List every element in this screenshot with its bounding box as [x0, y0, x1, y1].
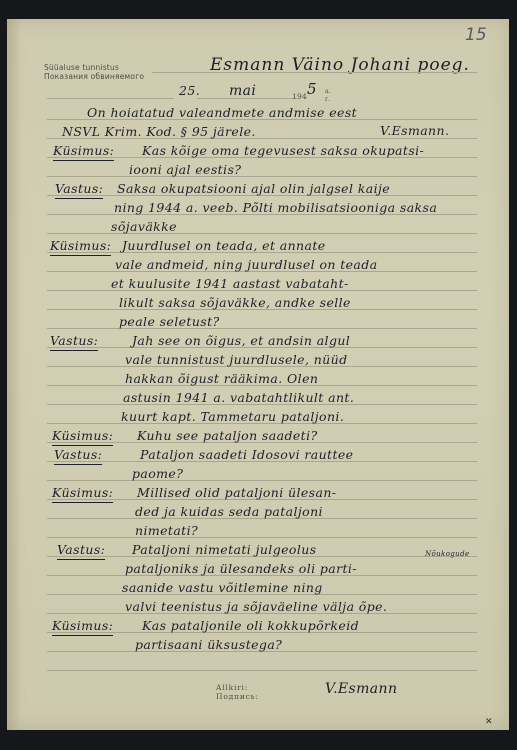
entry-line: vale tunnistust juurdlusele, nüüd [125, 352, 347, 367]
ink-mark: ✕ [485, 717, 493, 727]
question-label: Küsimus: [50, 238, 111, 253]
form-title-estonian: Süüaluse tunnistus [44, 63, 119, 72]
answer-label: Vastus: [54, 447, 102, 462]
signature: V.Esmann [325, 681, 397, 697]
entry-line: Pataljoni nimetati julgeolus [132, 542, 316, 557]
name-rule [152, 72, 477, 73]
entry-line: sõjaväkke [111, 219, 177, 234]
entry-line: kuurt kapt. Tammetaru pataljoni. [121, 409, 344, 424]
entry-line: et kuulusite 1941 aastast vabataht- [111, 276, 349, 291]
question-label: Küsimus: [52, 428, 113, 443]
entry-line: Millised olid pataljoni ülesan- [137, 485, 336, 500]
answer-label: Vastus: [57, 542, 105, 557]
entry-line: Jah see on õigus, et andsin algul [132, 333, 350, 348]
rule [47, 176, 477, 177]
entry-line: pataljoniks ja ülesandeks oli parti- [125, 561, 357, 576]
entry-line: peale seletust? [119, 314, 220, 329]
entry-line: ded ja kuidas seda pataljoni [135, 504, 323, 519]
page-number: 15 [465, 25, 487, 45]
date-month: mai [229, 83, 256, 99]
date-year-prefix: 194 [292, 92, 307, 101]
question-label: Küsimus: [52, 618, 113, 633]
entry-line: Pataljon saadeti Idosovi rauttee [140, 447, 353, 462]
date-day: 25. [179, 83, 200, 98]
warning-line-1: On hoiatatud valeandmete andmise eest [87, 105, 357, 120]
entry-line: astusin 1941 a. vabatahtlikult ant. [123, 390, 354, 405]
answer-label: Vastus: [55, 181, 103, 196]
entry-line: likult saksa sõjaväkke, andke selle [119, 295, 351, 310]
question-label: Küsimus: [53, 143, 114, 158]
entry-line: Juurdlusel on teada, et annate [122, 238, 326, 253]
insertion-note: Nõukogude [425, 550, 470, 558]
date-suffix-ru: г. [325, 95, 330, 104]
date-rule-left [47, 98, 174, 99]
signature-label-estonian: Allkiri: [216, 683, 248, 692]
entry-line: hakkan õigust rääkima. Olen [125, 371, 318, 386]
date-year-suffix: 5 [307, 80, 317, 98]
rule [47, 537, 477, 538]
entry-line: valvi teenistus ja sõjaväeline välja õpe… [125, 599, 387, 614]
entry-line: vale andmeid, ning juurdlusel on teada [115, 257, 378, 272]
entry-line: ning 1944 a. veeb. Põlti mobilisatsiooni… [114, 200, 437, 215]
entry-line: partisaani üksustega? [135, 637, 282, 652]
rule [47, 480, 477, 481]
warning-line-2: NSVL Krim. Kod. § 95 järele. [62, 124, 256, 139]
entry-line: nimetati? [135, 523, 198, 538]
rule [47, 328, 477, 329]
form-title-russian: Показания обвиняемого [44, 72, 144, 81]
entry-line: paome? [132, 466, 183, 481]
entry-line: saanide vastu võitlemine ning [122, 580, 323, 595]
answer-label: Vastus: [50, 333, 98, 348]
entry-line: Kas pataljonile oli kokkupõrkeid [142, 618, 359, 633]
entry-line: iooni ajal eestis? [129, 162, 241, 177]
warning-signature: V.Esmann. [380, 123, 449, 138]
question-label: Küsimus: [52, 485, 113, 500]
entry-line: Kas kõige oma tegevusest saksa okupatsi- [142, 143, 424, 158]
entry-line: Saksa okupatsiooni ajal olin jalgsel kai… [117, 181, 390, 196]
rule [47, 670, 477, 671]
signature-label-russian: Подпись: [216, 692, 259, 701]
entry-line: Kuhu see pataljon saadeti? [137, 428, 318, 443]
document-page: 15 Süüaluse tunnistus Показания обвиняем… [7, 19, 509, 730]
